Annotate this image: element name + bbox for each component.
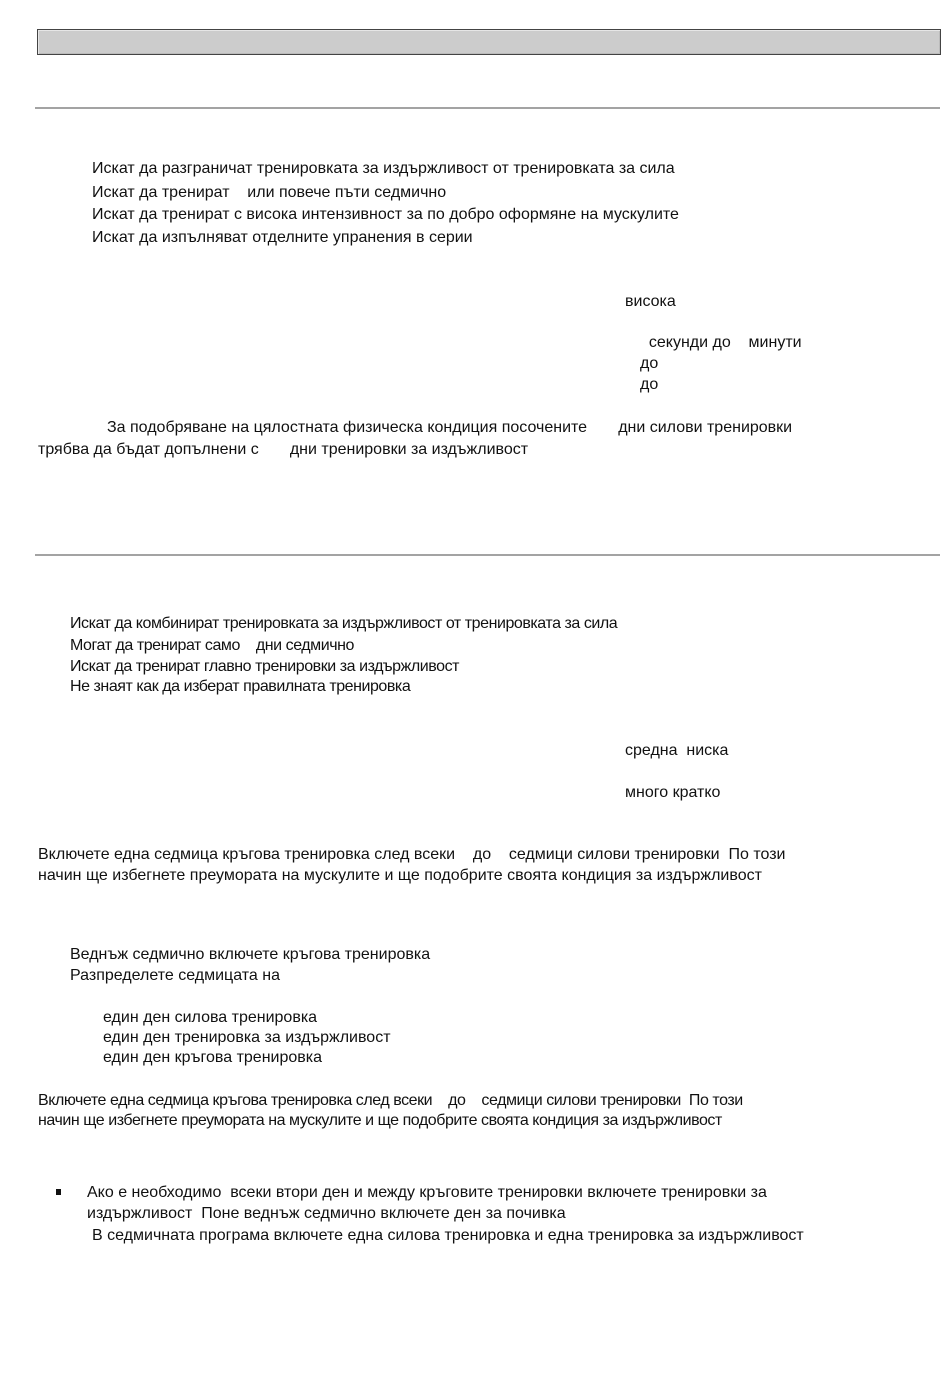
schedule-day-1: един ден силова тренировка bbox=[103, 1007, 317, 1028]
final-line: В седмичната програма включете една сило… bbox=[92, 1225, 804, 1246]
bullet-line-2: издържливост Поне веднъж седмично включе… bbox=[87, 1203, 566, 1224]
section1-note-line1: За подобряване на цялостната физическа к… bbox=[107, 417, 792, 438]
section1-note-line2: трябва да бъдат допълнени с дни трениров… bbox=[38, 439, 528, 460]
section2-tip2-line2: начин ще избегнете преумората на мускули… bbox=[38, 1110, 722, 1131]
section1-intensity-value: висока bbox=[625, 291, 676, 312]
section2-tip1-line2: начин ще избегнете преумората на мускули… bbox=[38, 865, 762, 886]
section1-reason-1: Искат да разграничат тренировката за изд… bbox=[92, 158, 675, 179]
square-bullet-icon bbox=[56, 1189, 61, 1195]
section-header-bar bbox=[37, 29, 941, 55]
section2-intensity-value: средна ниска bbox=[625, 740, 728, 761]
section1-duration-value: секунди до минути bbox=[640, 332, 802, 353]
schedule-day-3: един ден кръгова тренировка bbox=[103, 1047, 322, 1068]
bullet-line-1: Ако е необходимо всеки втори ден и между… bbox=[87, 1182, 767, 1203]
schedule-intro-2: Разпределете седмицата на bbox=[70, 965, 280, 986]
section2-reason-2: Могат да тренират само дни седмично bbox=[70, 635, 354, 656]
section2-reason-3: Искат да тренират главно тренировки за и… bbox=[70, 656, 459, 677]
section2-reason-4: Не знаят как да изберат правилната трени… bbox=[70, 676, 410, 697]
section2-tip2-line1: Включете една седмица кръгова тренировка… bbox=[38, 1090, 743, 1111]
section2-duration-value: много кратко bbox=[625, 782, 720, 803]
section1-reason-3: Искат да тренират с висока интензивност … bbox=[92, 204, 679, 225]
section2-reason-1: Искат да комбинират тренировката за издъ… bbox=[70, 613, 617, 634]
section2-tip1-line1: Включете една седмица кръгова тренировка… bbox=[38, 844, 785, 865]
section1-reason-4: Искат да изпълняват отделните упранения … bbox=[92, 227, 473, 248]
section-divider-middle bbox=[35, 554, 940, 556]
schedule-intro-1: Веднъж седмично включете кръгова трениро… bbox=[70, 944, 430, 965]
section1-reason-2: Искат да тренират или повече пъти седмич… bbox=[92, 182, 446, 203]
section1-range-2: до bbox=[640, 374, 658, 395]
section1-range-1: до bbox=[640, 353, 658, 374]
schedule-day-2: един ден тренировка за издържливост bbox=[103, 1027, 391, 1048]
section-divider-top bbox=[35, 107, 940, 109]
